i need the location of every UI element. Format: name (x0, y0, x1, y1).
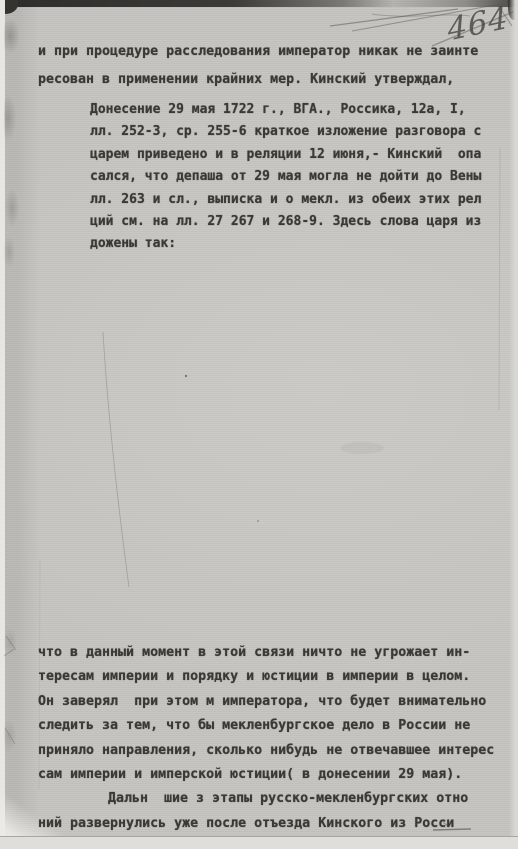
paper-right-edge (509, 0, 518, 849)
scan-top-edge-shadow (0, 0, 518, 7)
typewritten-line: и при процедуре расследования император … (38, 38, 478, 66)
typewritten-line: сам империи и имперской юстиции( в донес… (38, 763, 494, 787)
typewritten-line: Дальн шие з этапы русско-мекленбургских … (38, 787, 494, 811)
typewritten-line: приняло направления, сколько нибудь не о… (38, 739, 494, 763)
typewritten-line: дожены так: (90, 233, 481, 255)
typewritten-line: лл. 263 и сл., выписка и о мекл. из обеи… (90, 189, 481, 211)
typewritten-line: тересам империи и порядку и юстиции в им… (38, 665, 494, 689)
footnote-block: Донесение 29 мая 1722 г., ВГА., Россика,… (90, 99, 481, 256)
paragraph-bottom: что в данный момент в этой связи ничто н… (38, 641, 494, 836)
paper-left-edge-stains (4, 0, 26, 849)
typewritten-line: Донесение 29 мая 1722 г., ВГА., Россика,… (90, 99, 481, 121)
paper-left-edge (0, 0, 5, 849)
typewritten-line: царем приведено и в реляции 12 июня,- Ки… (90, 144, 481, 166)
typewritten-line: что в данный момент в этой связи ничто н… (38, 641, 494, 665)
paragraph-top: и при процедуре расследования император … (38, 38, 478, 93)
typewritten-line: ний развернулись уже после отъезда Кинск… (38, 812, 494, 836)
typewritten-line: следить за тем, что бы мекленбургское де… (38, 714, 494, 738)
typewritten-line: ресован в применении крайних мер. Кински… (38, 66, 478, 94)
typewritten-line: сался, что депаша от 29 мая могла не дой… (90, 166, 481, 188)
typewritten-line: лл. 252-3, ср. 255-6 краткое изложение р… (90, 121, 481, 143)
typewritten-line: ций см. на лл. 27 267 и 268-9. Здесь сло… (90, 211, 481, 233)
typewritten-line: Он заверял при этом м императора, что бу… (38, 690, 494, 714)
scanned-typescript-page: 464 и при процедуре расследования импера… (0, 0, 518, 849)
paper-bottom-edge (0, 836, 518, 849)
